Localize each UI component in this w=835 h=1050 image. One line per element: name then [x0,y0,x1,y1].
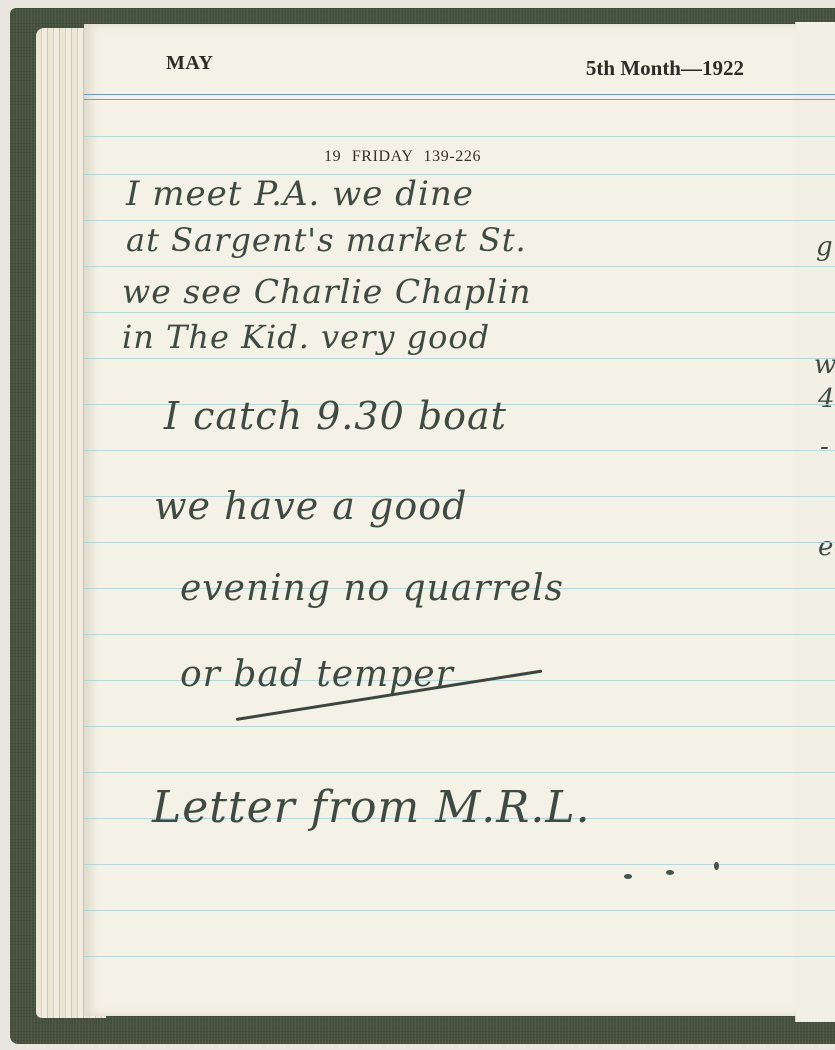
rule-line [84,956,835,957]
facing-page-fragment: e [818,532,833,562]
diary-page: MAY 5th Month—1922 19 FRIDAY 139-226 I m… [84,24,796,1016]
entry-line: in The Kid. very good [122,318,490,356]
ink-dot [714,862,719,870]
day-heading: 19 FRIDAY 139-226 [324,148,481,166]
rule-line [84,864,835,865]
entry-line-signoff: Letter from M.R.L. [152,782,591,833]
entry-line: we see Charlie Chaplin [122,272,532,311]
entry-line: evening no quarrels [180,568,564,609]
rule-line [84,634,835,635]
month-year-label: 5th Month—1922 [586,56,744,81]
entry-line: I catch 9.30 boat [164,394,507,438]
entry-line: at Sargent's market St. [126,221,527,259]
day-count: 139-226 [424,148,482,165]
day-weekday: FRIDAY [352,148,413,165]
ink-dot [666,870,674,875]
rule-line [84,542,835,543]
facing-page-fragment: 4 [818,384,835,414]
rule-line [84,910,835,911]
rule-line [84,266,835,267]
month-label: MAY [166,52,213,75]
rule-line [84,450,835,451]
facing-page-fragment: w [814,350,835,380]
ink-dot [624,874,632,879]
facing-page: g w 4 - e [795,22,835,1022]
rule-line [84,772,835,773]
rule-line [84,136,835,137]
entry-line: I meet P.A. we dine [126,174,474,214]
rule-line [84,726,835,727]
day-date: 19 [324,148,341,165]
facing-page-fragment: g [816,232,833,262]
entry-line: we have a good [154,484,467,528]
header-rule [84,99,835,100]
facing-page-fragment: - [820,432,829,462]
rule-line [84,358,835,359]
rule-line [84,312,835,313]
header-rule [84,94,835,95]
